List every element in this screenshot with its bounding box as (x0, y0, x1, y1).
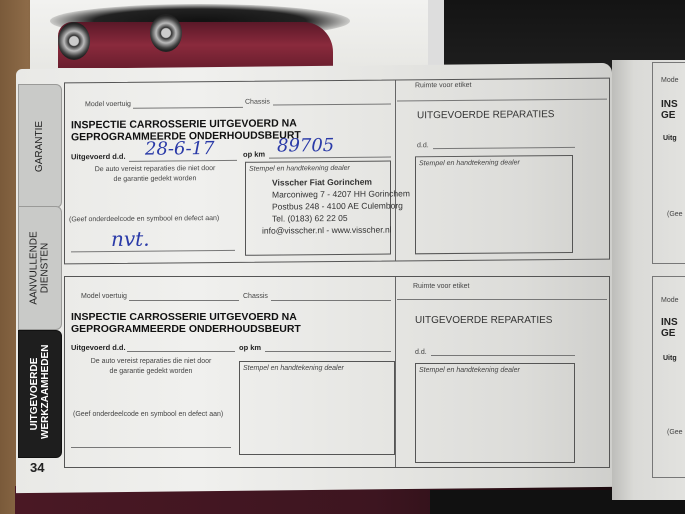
note-line: de garantie gedekt worden (71, 367, 231, 377)
repairs-title: UITGEVOERDE REPARATIES (415, 315, 552, 326)
chassis-field[interactable] (271, 300, 391, 301)
km-label: op km (243, 150, 265, 159)
repairs-note: De auto vereist reparaties die niet door… (75, 164, 235, 185)
title-line: INSPECTIE CARROSSERIE UITGEVOERD NA (71, 311, 301, 323)
car-wheel (150, 14, 182, 52)
dd-label: d.d. (415, 349, 427, 356)
note-line: De auto vereist reparaties die niet door (71, 357, 231, 367)
tab-label: AANVULLENDE DIENSTEN (29, 231, 51, 304)
title-line: INS (661, 317, 678, 328)
page-number: 34 (30, 460, 44, 475)
stamp-label: Stempel en handtekening dealer (249, 165, 350, 173)
stamp-label: Stempel en handtekening dealer (419, 367, 520, 374)
km-field[interactable] (265, 351, 391, 352)
label-space: Ruimte voor etiket (415, 82, 471, 89)
dd-label: d.d. (417, 142, 429, 149)
form-title-partial: INS GE (661, 317, 678, 339)
tab-label: GARANTIE (35, 120, 46, 171)
tab-uitgevoerde-werkzaamheden[interactable]: UITGEVOERDE WERKZAAMHEDEN (18, 330, 62, 458)
tab-label: UITGEVOERDE WERKZAAMHEDEN (29, 349, 51, 439)
tab-garantie[interactable]: GARANTIE (18, 84, 62, 208)
code-handwritten: nvt. (111, 227, 150, 251)
executed-field[interactable] (127, 351, 235, 352)
model-label: Model voertuig (81, 293, 127, 300)
dd-field[interactable] (431, 355, 575, 356)
dealer-stamp: Visscher Fiat Gorinchem Marconiweg 7 - 4… (272, 175, 410, 236)
note-line: De auto vereist reparaties die niet door (75, 164, 235, 175)
chassis-label: Chassis (243, 293, 268, 300)
dealer-stamp-box: Stempel en handtekening dealer Visscher … (245, 161, 391, 256)
label-divider (397, 299, 607, 300)
chassis-label: Chassis (245, 99, 270, 106)
right-page-form-1: Mode INS GE Uitg (Gee (652, 62, 685, 264)
dealer-postbus: Postbus 248 - 4100 AE Culemborg (272, 199, 410, 212)
model-label: Mode (661, 77, 679, 84)
form-title-partial: INS GE (661, 99, 678, 121)
inspection-form-2: Model voertuig Chassis INSPECTIE CARROSS… (64, 276, 610, 468)
model-label: Mode (661, 297, 679, 304)
title-line: INS (661, 99, 678, 110)
executed-label: Uitgevoerd d.d. (71, 343, 126, 352)
executed-label: Uitg (663, 135, 677, 142)
stamp-label: Stempel en handtekening dealer (419, 159, 520, 167)
executed-label: Uitgevoerd d.d. (71, 152, 126, 161)
dealer-web: info@visscher.nl - www.visscher.nl (262, 223, 410, 236)
right-page-form-2: Mode INS GE Uitg (Gee (652, 276, 685, 478)
executed-label: Uitg (663, 355, 677, 362)
label-space: Ruimte voor etiket (413, 283, 469, 290)
repairs-title: UITGEVOERDE REPARATIES (417, 109, 554, 121)
repairs-stamp-box: Stempel en handtekening dealer (415, 363, 575, 463)
code-note: (Geef onderdeelcode en symbool en defect… (69, 215, 219, 223)
repairs-stamp-box: Stempel en handtekening dealer (415, 155, 573, 254)
tab-aanvullende-diensten[interactable]: AANVULLENDE DIENSTEN (18, 206, 62, 330)
label-divider (397, 99, 607, 102)
code-note: (Gee (667, 429, 683, 436)
code-field[interactable] (71, 447, 231, 448)
title-line: GE (661, 110, 678, 121)
repairs-note: De auto vereist reparaties die niet door… (71, 357, 231, 377)
km-label: op km (239, 343, 261, 352)
car-image (58, 22, 333, 68)
form-title: INSPECTIE CARROSSERIE UITGEVOERD NA GEPR… (71, 311, 301, 335)
dd-field[interactable] (433, 147, 575, 149)
dealer-stamp-box: Stempel en handtekening dealer (239, 361, 395, 455)
title-line: GEPROGRAMMEERDE ONDERHOUDSBEURT (71, 323, 301, 335)
km-handwritten: 89705 (277, 135, 334, 156)
executed-handwritten: 28-6-17 (145, 138, 214, 160)
code-note: (Gee (667, 211, 683, 218)
note-line: de garantie gedekt worden (75, 174, 235, 185)
code-note: (Geef onderdeelcode en symbool en defect… (73, 411, 223, 418)
stamp-label: Stempel en handtekening dealer (243, 365, 344, 372)
title-line: GE (661, 328, 678, 339)
model-label: Model voertuig (85, 101, 131, 108)
car-wheel (58, 22, 90, 60)
model-field[interactable] (129, 300, 239, 301)
inspection-form-1: Model voertuig Chassis INSPECTIE CARROSS… (64, 78, 610, 265)
